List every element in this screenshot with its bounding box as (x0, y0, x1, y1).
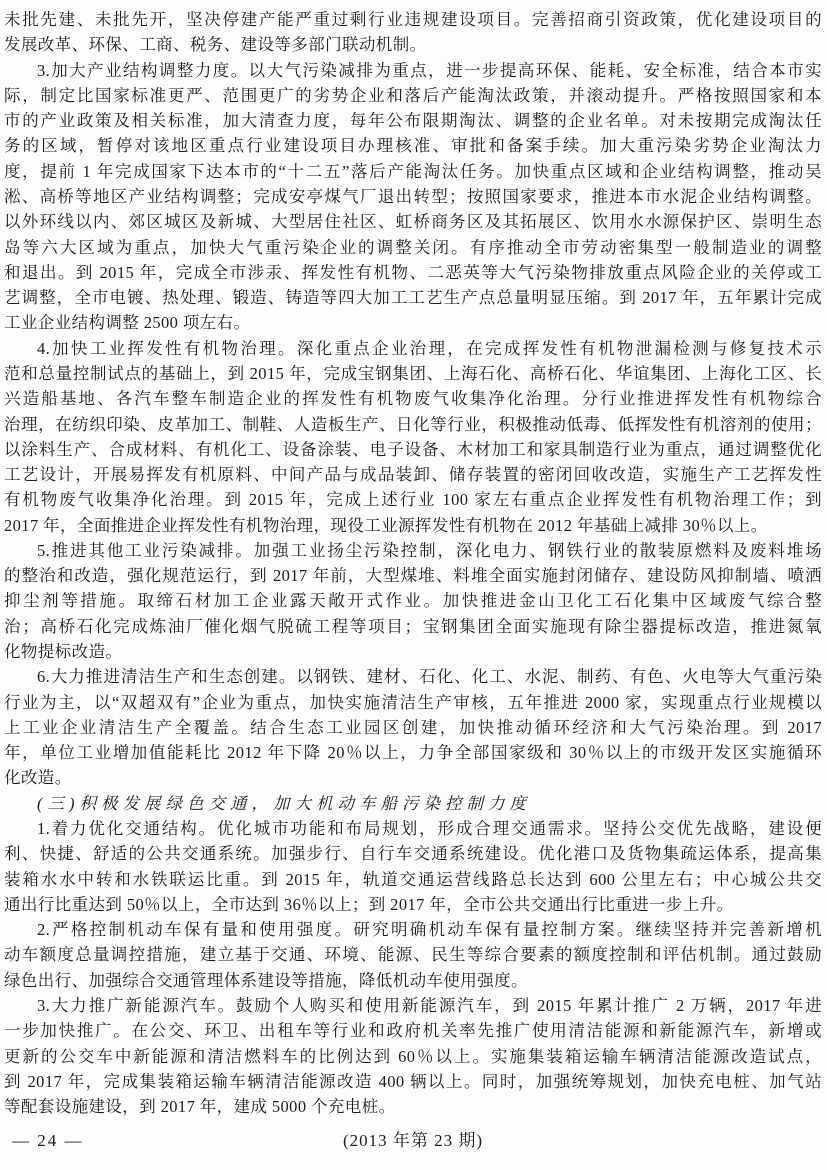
text-line: 绿色出行、加强综合交通管理体系建设等措施，降低机动车使用强度。 (4, 968, 822, 993)
text-line: 的整治和改造，强化规范运行，到 2017 年前，大型煤堆、料堆全面实施封闭储存、… (4, 563, 822, 588)
text-line: 岛等六大区域为重点，加快大气重污染企业的调整关闭。有序推动全市劳动密集型一般制造… (4, 235, 822, 260)
text-line: 动车额度总量调控措施，建立基于交通、环境、能源、民生等综合要素的额度控制和评估机… (4, 942, 822, 967)
text-line: 兴造船基地、各汽车整车制造企业的挥发性有机物废气收集净化治理。分行业推进挥发性有… (4, 386, 822, 411)
section-heading: (三)积极发展绿色交通，加大机动车船污染控制力度 (4, 791, 822, 816)
text-line: 5.推进其他工业污染减排。加强工业扬尘污染控制，深化电力、钢铁行业的散装原燃料及… (4, 538, 822, 563)
text-line: 化物提标改造。 (4, 639, 822, 664)
text-line: 2.严格控制机动车保有量和使用强度。研究明确机动车保有量控制方案。继续坚持并完善… (4, 917, 822, 942)
text-line: 更新的公交车中新能源和清洁燃料车的比例达到 60％以上。实施集装箱运输车辆清洁能… (4, 1044, 822, 1069)
text-line: 3.加大产业结构调整力度。以大气污染减排为重点，进一步提高环保、能耗、安全标准，… (4, 58, 822, 83)
text-line: 2017 年，全面推进企业挥发性有机物治理，现役工业源挥发性有机物在 2012 … (4, 513, 822, 538)
text-line: 治；高桥石化完成炼油厂催化烟气脱硫工程等项目；宝钢集团全面实施现有除尘器提标改造… (4, 614, 822, 639)
text-line: 艺调整，全市电镀、热处理、锻造、铸造等四大加工工艺生产点总量明显压缩。到 201… (4, 285, 822, 310)
text-line: 利、快捷、舒适的公共交通系统。加强步行、自行车交通系统建设。优化港口及货物集疏运… (4, 841, 822, 866)
text-line: 际，制定比国家标准更严、范围更广的劣势企业和落后产能淘汰政策，并滚动提升。严格按… (4, 83, 822, 108)
text-line: 1.着力优化交通结构。优化城市功能和布局规划，形成合理交通需求。坚持公交优先战略… (4, 816, 822, 841)
text-line: 6.大力推进清洁生产和生态创建。以钢铁、建材、石化、化工、水泥、制药、有色、火电… (4, 664, 822, 689)
text-line: 抑尘剂等措施。取缔石材加工企业露天敞开式作业。加快推进金山卫化工石化集中区域废气… (4, 588, 822, 613)
text-line: 治理，在纺织印染、皮革加工、制鞋、人造板生产、日化等行业，积极推动低毒、低挥发性… (4, 412, 822, 437)
text-line: 以涂料生产、合成材料、有机化工、设备涂装、电子设备、木材加工和家具制造行业为重点… (4, 437, 822, 462)
text-line: 装箱水水中转和水铁联运比重。到 2015 年，轨道交通运营线路总长达到 600 … (4, 867, 822, 892)
text-line: 一步加快推广。在公交、环卫、出租车等行业和政府机关率先推广使用清洁能源和新能源汽… (4, 1018, 822, 1043)
text-line: 工艺设计，开展易挥发有机原料、中间产品与成品装卸、储存装置的密闭回收改造，实施生… (4, 462, 822, 487)
text-line: 年，单位工业增加值能耗比 2012 年下降 20％以上，力争全部国家级和 30％… (4, 740, 822, 765)
text-line: 通出行比重达到 50％以上，全市达到 36％以上；到 2017 年，全市公共交通… (4, 892, 822, 917)
text-line: 度，提前 1 年完成国家下达本市的“十二五”落后产能淘汰任务。加快重点区域和企业… (4, 159, 822, 184)
text-line: 等配套设施建设，到 2017 年，建成 5000 个充电桩。 (4, 1094, 822, 1119)
text-line: 工业企业结构调整 2500 项左右。 (4, 310, 822, 335)
page-footer: — 24 — (2013 年第 23 期) (4, 1128, 822, 1154)
text-line: 以外环线以内、郊区城区及新城、大型居住社区、虹桥商务区及其拓展区、饮用水水源保护… (4, 209, 822, 234)
text-line: 未批先建、未批先开，坚决停建产能严重过剩行业违规建设项目。完善招商引资政策，优化… (4, 7, 822, 32)
document-body: 未批先建、未批先开，坚决停建产能严重过剩行业违规建设项目。完善招商引资政策，优化… (4, 7, 822, 1119)
text-line: 4.加快工业挥发性有机物治理。深化重点企业治理，在完成挥发性有机物泄漏检测与修复… (4, 336, 822, 361)
text-line: 市的产业政策及相关标准，加大清查力度，每年公布限期淘汰、调整的企业名单。对未按期… (4, 108, 822, 133)
issue-number: (2013 年第 23 期) (4, 1128, 822, 1154)
text-line: 淞、高桥等地区产业结构调整；完成安亭煤气厂退出转型；按照国家要求，推进本市水泥企… (4, 184, 822, 209)
text-line: 范和总量控制试点的基础上，到 2015 年，完成宝钢集团、上海石化、高桥石化、华… (4, 361, 822, 386)
text-line: 发展改革、环保、工商、税务、建设等多部门联动机制。 (4, 32, 822, 57)
document-page: 未批先建、未批先开，坚决停建产能严重过剩行业违规建设项目。完善招商引资政策，优化… (0, 0, 827, 1170)
text-line: 到 2017 年，完成集装箱运输车辆清洁能源改造 400 辆以上。同时，加强统筹… (4, 1069, 822, 1094)
text-line: 有机物废气收集净化治理。到 2015 年，完成上述行业 100 家左右重点企业挥… (4, 487, 822, 512)
text-line: 化改造。 (4, 765, 822, 790)
text-line: 和退出。到 2015 年，完成全市涉汞、挥发性有机物、二恶英等大气污染物排放重点… (4, 260, 822, 285)
text-line: 3.大力推广新能源汽车。鼓励个人购买和使用新能源汽车，到 2015 年累计推广 … (4, 993, 822, 1018)
text-line: 务的区域，暂停对该地区重点行业建设项目办理核准、审批和备案手续。加大重污染劣势企… (4, 133, 822, 158)
text-line: 上工业企业清洁生产全覆盖。结合生态工业园区创建，加快推动循环经济和大气污染治理。… (4, 715, 822, 740)
text-line: 行业为主，以“双超双有”企业为重点，加快实施清洁生产审核，五年推进 2000 家… (4, 690, 822, 715)
